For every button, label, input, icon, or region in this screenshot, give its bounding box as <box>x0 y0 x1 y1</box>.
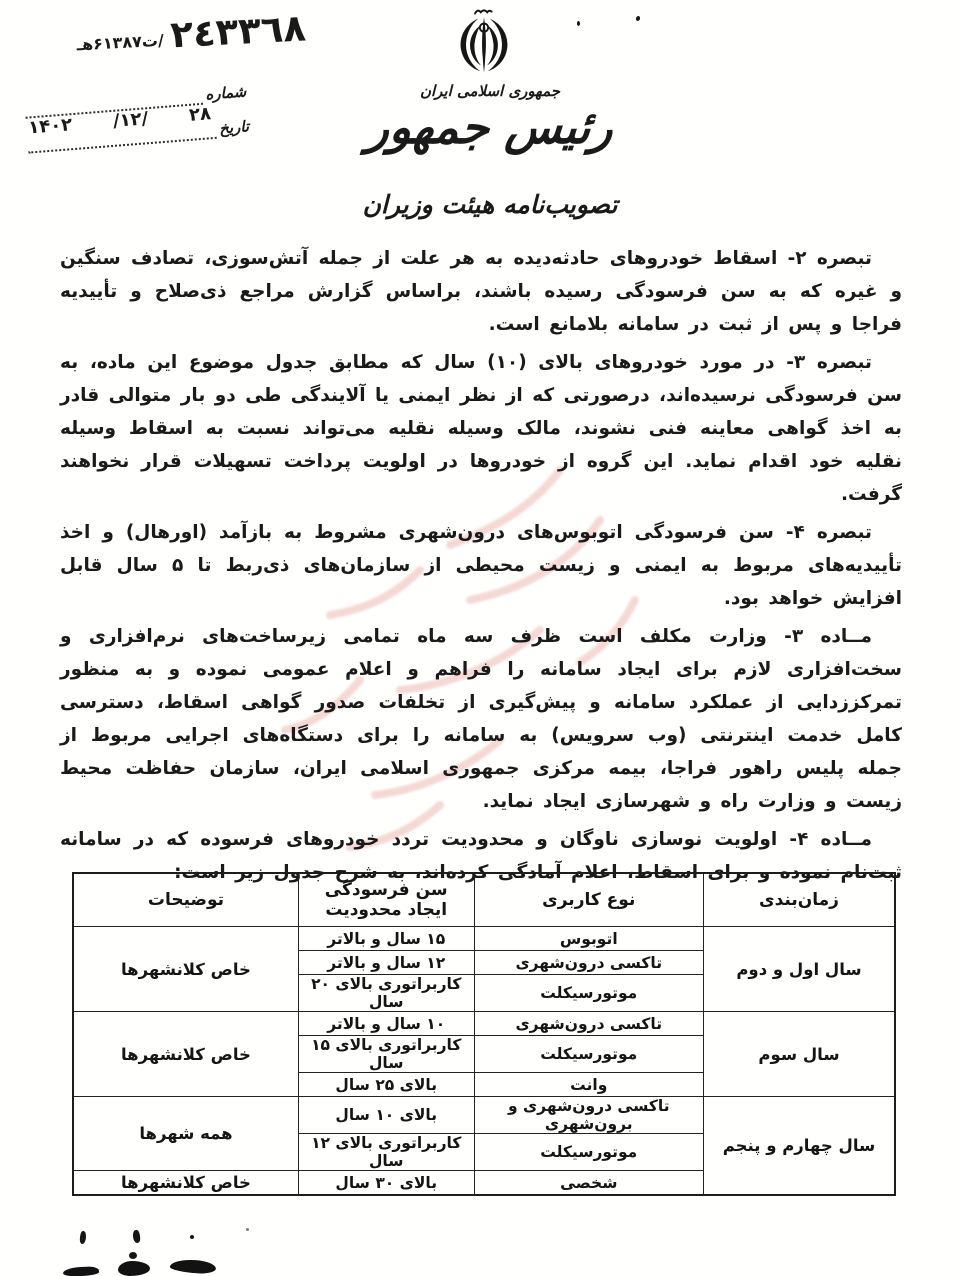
paragraph-label: تبصره ۳- <box>786 352 872 373</box>
period-cell: سال سوم <box>703 1012 895 1097</box>
note-cell: خاص کلانشهرها <box>73 927 298 1012</box>
office-title: رئیس جمهور <box>248 100 732 154</box>
paragraph-label: مــاده ۴- <box>789 829 872 850</box>
usage-cell: تاکسی درون‌شهری و برون‌شهری <box>474 1097 703 1134</box>
usage-cell: تاکسی درون‌شهری <box>474 951 703 975</box>
paragraph-label: مــاده ۳- <box>784 626 872 647</box>
usage-cell: وانت <box>474 1073 703 1097</box>
period-cell: سال اول و دوم <box>703 927 895 1012</box>
column-header: توضیحات <box>73 873 298 927</box>
ref-block: شماره تاریخ ۱۴۰۲ /۱۲/ ۲۸ <box>24 75 251 162</box>
age-cell: بالای ۲۵ سال <box>298 1073 474 1097</box>
usage-cell: اتوبوس <box>474 927 703 951</box>
paragraph-label: تبصره ۴- <box>786 522 872 543</box>
paragraph-article-3: مــاده ۳- وزارت مکلف است ظرف سه ماه تمام… <box>60 620 902 818</box>
iran-emblem-icon <box>452 7 516 79</box>
age-cell: کاربراتوری بالای ۱۵ سال <box>298 1036 474 1073</box>
age-cell: بالای ۱۰ سال <box>298 1097 474 1134</box>
usage-cell: موتورسیکلت <box>474 1134 703 1171</box>
ink-smudge <box>170 1258 217 1274</box>
ink-smudge <box>63 1266 99 1276</box>
date-line: تاریخ ۱۴۰۲ /۱۲/ ۲۸ <box>26 110 249 153</box>
age-cell: کاربراتوری بالای ۱۲ سال <box>298 1134 474 1171</box>
age-cell: بالای ۳۰ سال <box>298 1171 474 1196</box>
age-cell: کاربراتوری بالای ۲۰ سال <box>298 975 474 1012</box>
date-label: تاریخ <box>218 117 249 138</box>
usage-cell: تاکسی درون‌شهری <box>474 1012 703 1036</box>
paragraph-note-2: تبصره ۲- اسقاط خودروهای حادثه‌دیده به هر… <box>60 242 902 341</box>
ink-speck <box>190 1235 194 1239</box>
age-cell: ۱۲ سال و بالاتر <box>298 951 474 975</box>
usage-cell: موتورسیکلت <box>474 1036 703 1073</box>
document-body: تبصره ۲- اسقاط خودروهای حادثه‌دیده به هر… <box>60 242 902 894</box>
paragraph-text: وزارت مکلف است ظرف سه ماه تمامی زیرساخت‌… <box>60 626 902 812</box>
document-type-title: تصویب‌نامه هیئت وزیران <box>250 190 730 219</box>
paragraph-text: اسقاط خودروهای حادثه‌دیده به هر علت از ج… <box>60 248 902 335</box>
table-header-row: زمان‌بندینوع کاربریسن فرسودگی ایجاد محدو… <box>73 873 895 927</box>
date-dotted-line: ۱۴۰۲ /۱۲/ ۲۸ <box>27 119 217 154</box>
paragraph-note-4: تبصره ۴- سن فرسودگی اتوبوس‌های درون‌شهری… <box>60 516 902 615</box>
paragraph-text: در مورد خودروهای بالای (۱۰) سال که مطابق… <box>60 352 902 505</box>
registration-number: ۲٤۳۳٦۸ /ت۶۱۳۸۷هـ <box>49 9 307 59</box>
ink-speck <box>635 16 640 22</box>
paragraph-note-3: تبصره ۳- در مورد خودروهای بالای (۱۰) سال… <box>60 346 902 511</box>
note-cell: خاص کلانشهرها <box>73 1012 298 1097</box>
ink-speck <box>79 1231 87 1245</box>
usage-cell: شخصی <box>474 1171 703 1196</box>
registration-number-suffix: /ت۶۱۳۸۷هـ <box>76 31 164 59</box>
age-cell: ۱۰ سال و بالاتر <box>298 1012 474 1036</box>
number-label: شماره <box>205 82 247 104</box>
ink-speck <box>577 21 580 26</box>
country-title: جمهوری اسلامی ایران <box>300 82 680 100</box>
ink-speck <box>132 1229 141 1243</box>
schedule-table-wrap: زمان‌بندینوع کاربریسن فرسودگی ایجاد محدو… <box>72 872 896 1196</box>
usage-cell: موتورسیکلت <box>474 975 703 1012</box>
priority-table: زمان‌بندینوع کاربریسن فرسودگی ایجاد محدو… <box>72 872 896 1196</box>
column-header: سن فرسودگی ایجاد محدودیت <box>298 873 474 927</box>
column-header: زمان‌بندی <box>703 873 895 927</box>
ink-smudge <box>118 1261 150 1276</box>
registration-number-value: ۲٤۳۳٦۸ <box>170 9 307 53</box>
column-header: نوع کاربری <box>474 873 703 927</box>
paragraph-text: سن فرسودگی اتوبوس‌های درون‌شهری مشروط به… <box>60 522 902 609</box>
table-row: سال اول و دوماتوبوس۱۵ سال و بالاترخاص کل… <box>73 927 895 951</box>
table-row: سال سومتاکسی درون‌شهری۱۰ سال و بالاترخاص… <box>73 1012 895 1036</box>
note-cell: همه شهرها <box>73 1097 298 1171</box>
ink-speck <box>246 1228 249 1231</box>
ink-speck <box>129 1252 137 1259</box>
scanned-decree-page: جمهوری اسلامی ایران رئیس جمهور تصویب‌نام… <box>0 0 964 1276</box>
paragraph-label: تبصره ۲- <box>788 248 872 269</box>
age-cell: ۱۵ سال و بالاتر <box>298 927 474 951</box>
period-cell: سال چهارم و پنجم <box>703 1097 895 1196</box>
table-row: سال چهارم و پنجمتاکسی درون‌شهری و برون‌ش… <box>73 1097 895 1134</box>
note-cell: خاص کلانشهرها <box>73 1171 298 1196</box>
